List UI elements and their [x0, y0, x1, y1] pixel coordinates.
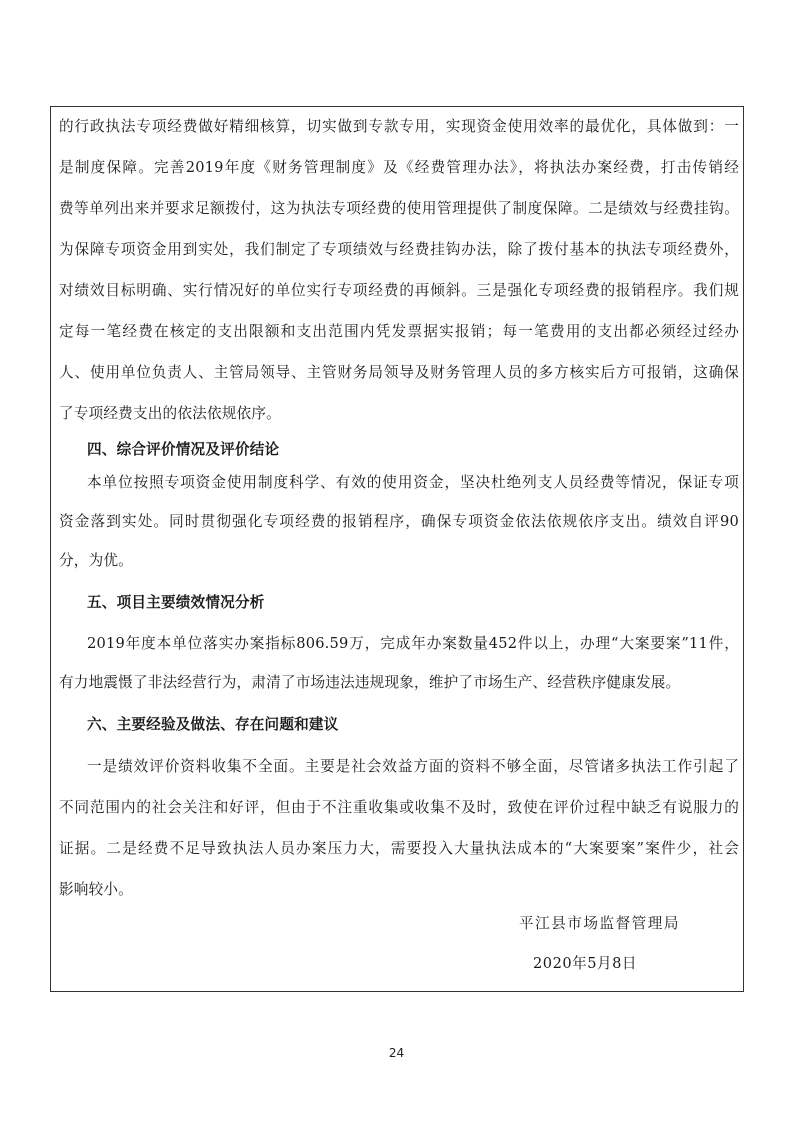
- paragraph-line: 证据。二是经费不足导致执法人员办案压力大，需要投入大量执法成本的“大案要案”案件…: [59, 839, 739, 859]
- section-heading-5: 五、项目主要绩效情况分析: [87, 593, 265, 613]
- section-heading-4: 四、综合评价情况及评价结论: [87, 440, 279, 460]
- paragraph-line: 影响较小。: [59, 880, 739, 900]
- paragraph-line: 不同范围内的社会关注和好评，但由于不注重收集或收集不及时，致使在评价过程中缺乏有…: [59, 798, 739, 818]
- section-heading-6: 六、主要经验及做法、存在问题和建议: [87, 715, 339, 735]
- signature-organization: 平江县市场监督管理局: [519, 912, 680, 933]
- paragraph-line: 一是绩效评价资料收集不全面。主要是社会效益方面的资料不够全面，尽管诸多执法工作引…: [87, 757, 739, 777]
- document-table-cell: 的行政执法专项经费做好精细核算，切实做到专款专用，实现资金使用效率的最优化，具体…: [50, 106, 744, 992]
- paragraph-line: 分，为优。: [59, 551, 739, 571]
- paragraph-line: 人、使用单位负责人、主管局领导、主管财务局领导及财务管理人员的多方核实后方可报销…: [59, 363, 739, 383]
- paragraph-line: 对绩效目标明确、实行情况好的单位实行专项经费的再倾斜。三是强化专项经费的报销程序…: [59, 281, 739, 301]
- paragraph-line: 的行政执法专项经费做好精细核算，切实做到专款专用，实现资金使用效率的最优化，具体…: [59, 117, 739, 137]
- signature-date: 2020年5月8日: [533, 952, 637, 973]
- paragraph-line: 本单位按照专项资金使用制度科学、有效的使用资金，坚决杜绝列支人员经费等情况，保证…: [87, 473, 739, 493]
- paragraph-line: 资金落到实处。同时贯彻强化专项经费的报销程序，确保专项资金依法依规依序支出。绩效…: [59, 512, 739, 532]
- paragraph-line: 是制度保障。完善2019年度《财务管理制度》及《经费管理办法》，将执法办案经费，…: [59, 158, 739, 178]
- paragraph-line: 定每一笔经费在核定的支出限额和支出范围内凭发票据实报销；每一笔费用的支出都必须经…: [59, 322, 739, 342]
- paragraph-line: 有力地震慑了非法经营行为，肃清了市场违法违规现象，维护了市场生产、经营秩序健康发…: [59, 673, 739, 693]
- paragraph-line: 2019年度本单位落实办案指标806.59万，完成年办案数量452件以上，办理“…: [87, 634, 739, 654]
- paragraph-line: 为保障专项资金用到实处，我们制定了专项绩效与经费挂钩办法，除了拨付基本的执法专项…: [59, 240, 739, 260]
- page-number: 24: [0, 1046, 793, 1060]
- paragraph-line: 了专项经费支出的依法依规依序。: [59, 404, 739, 424]
- paragraph-line: 费等单列出来并要求足额拨付，这为执法专项经费的使用管理提供了制度保障。二是绩效与…: [59, 199, 739, 219]
